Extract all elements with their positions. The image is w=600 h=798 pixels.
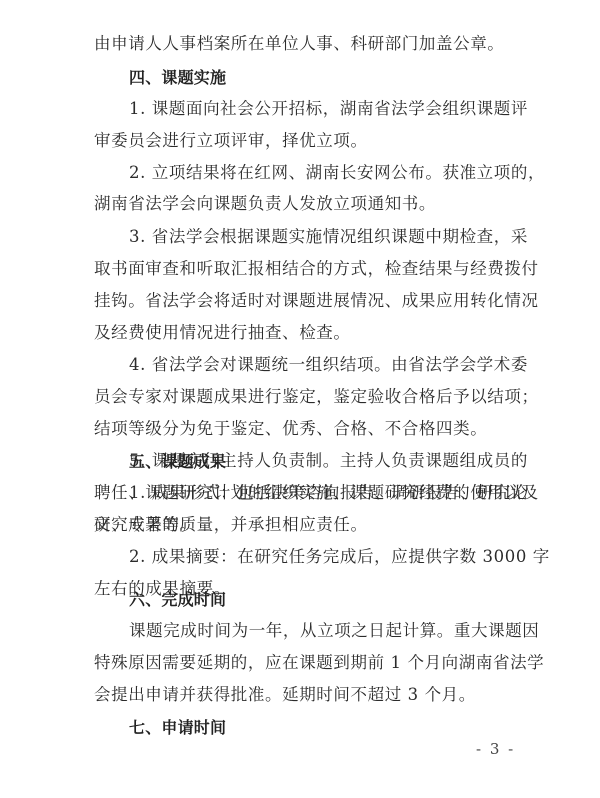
body-line: 3. 省法学会根据课题实施情况组织课题中期检查，采: [129, 227, 554, 247]
body-line: 会提出申请并获得批准。延期时间不超过 3 个月。: [94, 685, 519, 705]
body-line: 结项等级分为免于鉴定、优秀、合格、不合格四类。: [94, 419, 519, 439]
body-line: 课题完成时间为一年，从立项之日起计算。重大课题因: [129, 621, 554, 641]
body-line: 及经费使用情况进行抽查、检查。: [94, 323, 519, 343]
body-line: 2. 成果摘要：在研究任务完成后，应提供字数 3000 字: [129, 547, 554, 567]
body-line: 4. 省法学会对课题统一组织结项。由省法学会学术委: [129, 355, 554, 375]
body-line: 取书面审查和听取汇报相结合的方式，检查结果与经费拨付: [94, 259, 519, 279]
body-line: 1. 课题面向社会公开招标，湖南省法学会组织课题评: [129, 99, 554, 119]
body-line: 文、专著等。: [94, 515, 519, 535]
section-heading-completion-time: 六、完成时间: [129, 590, 554, 610]
body-line: 员会专家对课题成果进行鉴定，鉴定验收合格后予以结项；: [94, 387, 519, 407]
body-line: 特殊原因需要延期的，应在课题到期前 1 个月向湖南省法学: [94, 653, 519, 673]
body-line: 湖南省法学会向课题负责人发放立项通知书。: [94, 194, 519, 214]
body-line: 2. 立项结果将在红网、湖南长安网公布。获准立项的，: [129, 163, 554, 183]
body-line: 审委员会进行立项评审，择优立项。: [94, 131, 519, 151]
section-heading-implementation: 四、课题实施: [129, 68, 554, 88]
body-line: 挂钩。省法学会将适时对课题进展情况、成果应用转化情况: [94, 291, 519, 311]
body-line: 1. 成果形式：包括决策咨询报告、调研报告、研究论: [129, 483, 554, 503]
section-heading-results: 五、课题成果: [129, 452, 554, 472]
body-line: 由申请人人事档案所在单位人事、科研部门加盖公章。: [94, 34, 519, 54]
page-number: - 3 -: [476, 740, 515, 758]
section-heading-application-time: 七、申请时间: [129, 718, 554, 738]
document-page: 由申请人人事档案所在单位人事、科研部门加盖公章。 四、课题实施 1. 课题面向社…: [0, 0, 600, 798]
